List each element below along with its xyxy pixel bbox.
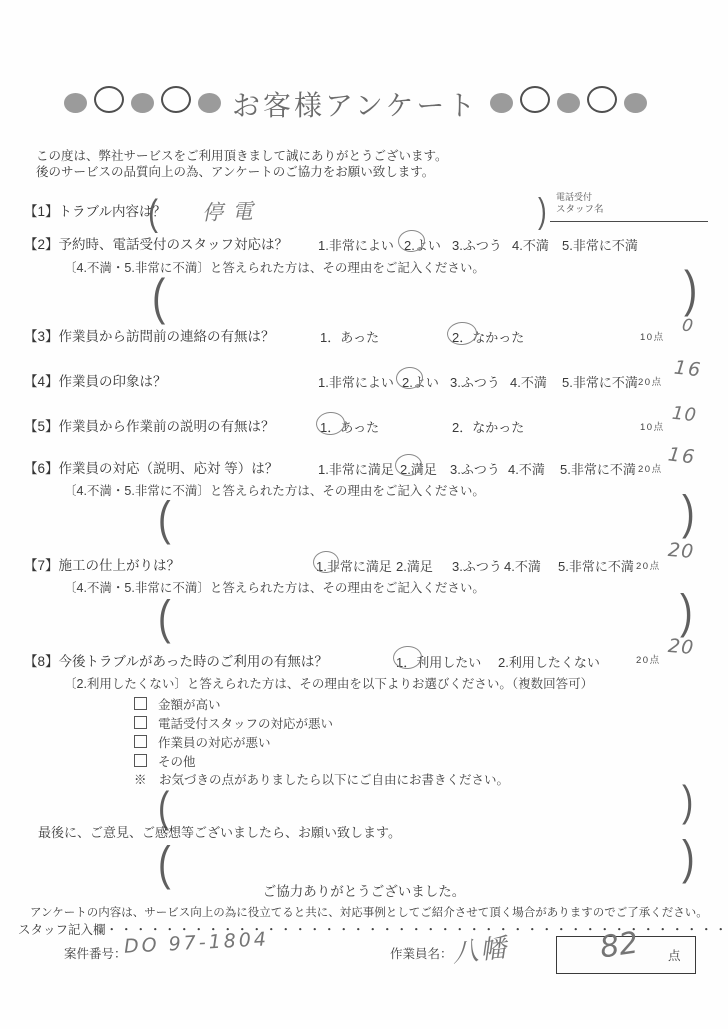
q6-score-handwritten: 16 [667, 443, 698, 468]
q4-option-3: 3.ふつう [450, 372, 500, 391]
q6-option-4: 4.不満 [508, 459, 545, 478]
checkbox-label-other: その他 [158, 752, 196, 770]
checkbox-worker-bad [134, 735, 147, 748]
q2-option-5: 5.非常に不満 [562, 235, 638, 254]
open-circle-icon [587, 86, 617, 113]
q7-label: 【7】施工の仕上がりは？ [24, 554, 180, 574]
q8-points-label: 20点 [636, 652, 661, 666]
answer-bracket-close: ) [680, 586, 693, 640]
q2-label: 【2】予約時、電話受付のスタッフ対応は？ [24, 233, 288, 253]
q7-option-2: 2.満足 [396, 556, 433, 575]
q5-points-label: 10点 [640, 419, 665, 433]
answer-bracket-close: ) [682, 778, 693, 827]
answer-bracket-open: ( [158, 493, 171, 547]
q1-label: 【1】トラブル内容は？ [24, 200, 166, 220]
open-circle-icon [520, 86, 550, 113]
checkbox-label-price-high: 金額が高い [158, 695, 221, 713]
q6-option-3: 3.ふつう [450, 459, 500, 478]
final-request-label: 最後に、ご意見、ご感想等ございましたら、お願い致します。 [38, 822, 401, 841]
q1-answer-handwritten: 停電 [201, 195, 262, 227]
q4-score-handwritten: 16 [673, 357, 703, 382]
q2-followup-note: 〔4.不満・5.非常に不満〕と答えられた方は、その理由をご記入ください。 [64, 258, 485, 276]
survey-scan-page: お客様アンケート この度は、弊社サービスをご利用頂きまして誠にありがとうございま… [0, 0, 728, 1029]
q8-followup-note: 〔2.利用したくない〕と答えられた方は、その理由を以下よりお選びください。（複数… [64, 674, 593, 692]
q4-label: 【4】作業員の印象は？ [24, 370, 167, 390]
q5-label: 【5】作業員から作業前の説明の有無は？ [24, 415, 275, 435]
q3-label: 【3】作業員から訪問前の連絡の有無は？ [24, 325, 275, 345]
q4-option-4: 4.不満 [510, 372, 547, 391]
filled-circle-icon [557, 93, 580, 113]
answer-bracket-open: ( [152, 270, 165, 326]
answer-bracket-close: ) [684, 262, 697, 318]
q6-label: 【6】作業員の対応（説明、応対 等）は？ [24, 457, 278, 477]
page-title: お客様アンケート [232, 84, 478, 124]
thanks-message: ご協力ありがとうございました。 [0, 880, 728, 900]
filled-circle-icon [490, 93, 513, 113]
q5-score-handwritten: 10 [671, 403, 698, 426]
q7-option-3: 3.ふつう [452, 556, 502, 575]
staff-name-underline [550, 221, 708, 222]
q7-followup-note: 〔4.不満・5.非常に不満〕と答えられた方は、その理由をご記入ください。 [64, 578, 485, 596]
q5-option-2: 2．なかった [452, 417, 524, 436]
answer-bracket-close: ) [538, 190, 547, 232]
phone-staff-label-line1: 電話受付 [556, 192, 592, 203]
q4-points-label: 20点 [638, 374, 663, 388]
filled-circle-icon [624, 93, 647, 113]
filled-circle-icon [198, 93, 221, 113]
q6-points-label: 20点 [638, 461, 663, 475]
checkbox-label-worker-bad: 作業員の対応が悪い [158, 733, 271, 751]
q3-score-handwritten: 0 [681, 315, 695, 336]
q7-score-handwritten: 20 [667, 539, 695, 563]
q7-points-label: 20点 [636, 558, 661, 572]
checkbox-price-high [134, 697, 147, 710]
q8-label: 【8】今後トラブルがあった時のご利用の有無は？ [24, 650, 328, 670]
checkbox-other [134, 754, 147, 767]
header-right-decoration [486, 86, 651, 118]
filled-circle-icon [131, 93, 154, 113]
q2-option-4: 4.不満 [512, 235, 549, 254]
q2-option-1: 1.非常によい [318, 235, 394, 254]
answer-bracket-open: ( [158, 592, 171, 646]
phone-staff-label-line2: スタッフ名 [556, 204, 604, 215]
q4-option-1: 1.非常によい [318, 372, 394, 391]
filled-circle-icon [64, 93, 87, 113]
case-number-label: 案件番号： [64, 944, 127, 962]
q6-option-5: 5.非常に不満 [560, 459, 636, 478]
q6-option-1: 1.非常に満足 [318, 459, 394, 478]
open-circle-icon [94, 86, 124, 113]
worker-name-handwritten: 八幡 [450, 927, 510, 970]
intro-line-2: 後のサービスの品質向上の為、アンケートのご協力をお願い致します。 [36, 162, 434, 180]
open-circle-icon [161, 86, 191, 113]
q6-followup-note: 〔4.不満・5.非常に不満〕と答えられた方は、その理由をご記入ください。 [64, 481, 485, 499]
answer-bracket-open: ( [148, 193, 158, 236]
points-suffix-label: 点 [668, 946, 681, 964]
answer-bracket-close: ) [682, 487, 695, 541]
answer-bracket-close: ) [682, 832, 695, 886]
q8-option-2: 2.利用したくない [498, 652, 600, 671]
header-left-decoration [60, 86, 225, 118]
total-score-handwritten: 82 [598, 926, 641, 966]
worker-name-label: 作業員名： [390, 944, 453, 962]
checkbox-phone-staff-bad [134, 716, 147, 729]
disclaimer-note: アンケートの内容は、サービス向上の為に役立てると共に、対応事例としてご紹介させて… [30, 904, 708, 920]
q3-option-1: 1．あった [320, 327, 379, 346]
q3-points-label: 10点 [640, 329, 665, 343]
staff-section-label: スタッフ記入欄 [18, 923, 106, 937]
q7-option-4: 4.不満 [504, 556, 541, 575]
checkbox-label-phone-staff-bad: 電話受付スタッフの対応が悪い [158, 714, 333, 732]
q2-option-3: 3.ふつう [452, 235, 502, 254]
q7-option-5: 5.非常に不満 [558, 556, 634, 575]
q8-score-handwritten: 20 [667, 635, 695, 659]
q8-free-note: ※ お気づきの点がありましたら以下にご自由にお書きください。 [134, 770, 509, 788]
q4-option-5: 5.非常に不満 [562, 372, 638, 391]
